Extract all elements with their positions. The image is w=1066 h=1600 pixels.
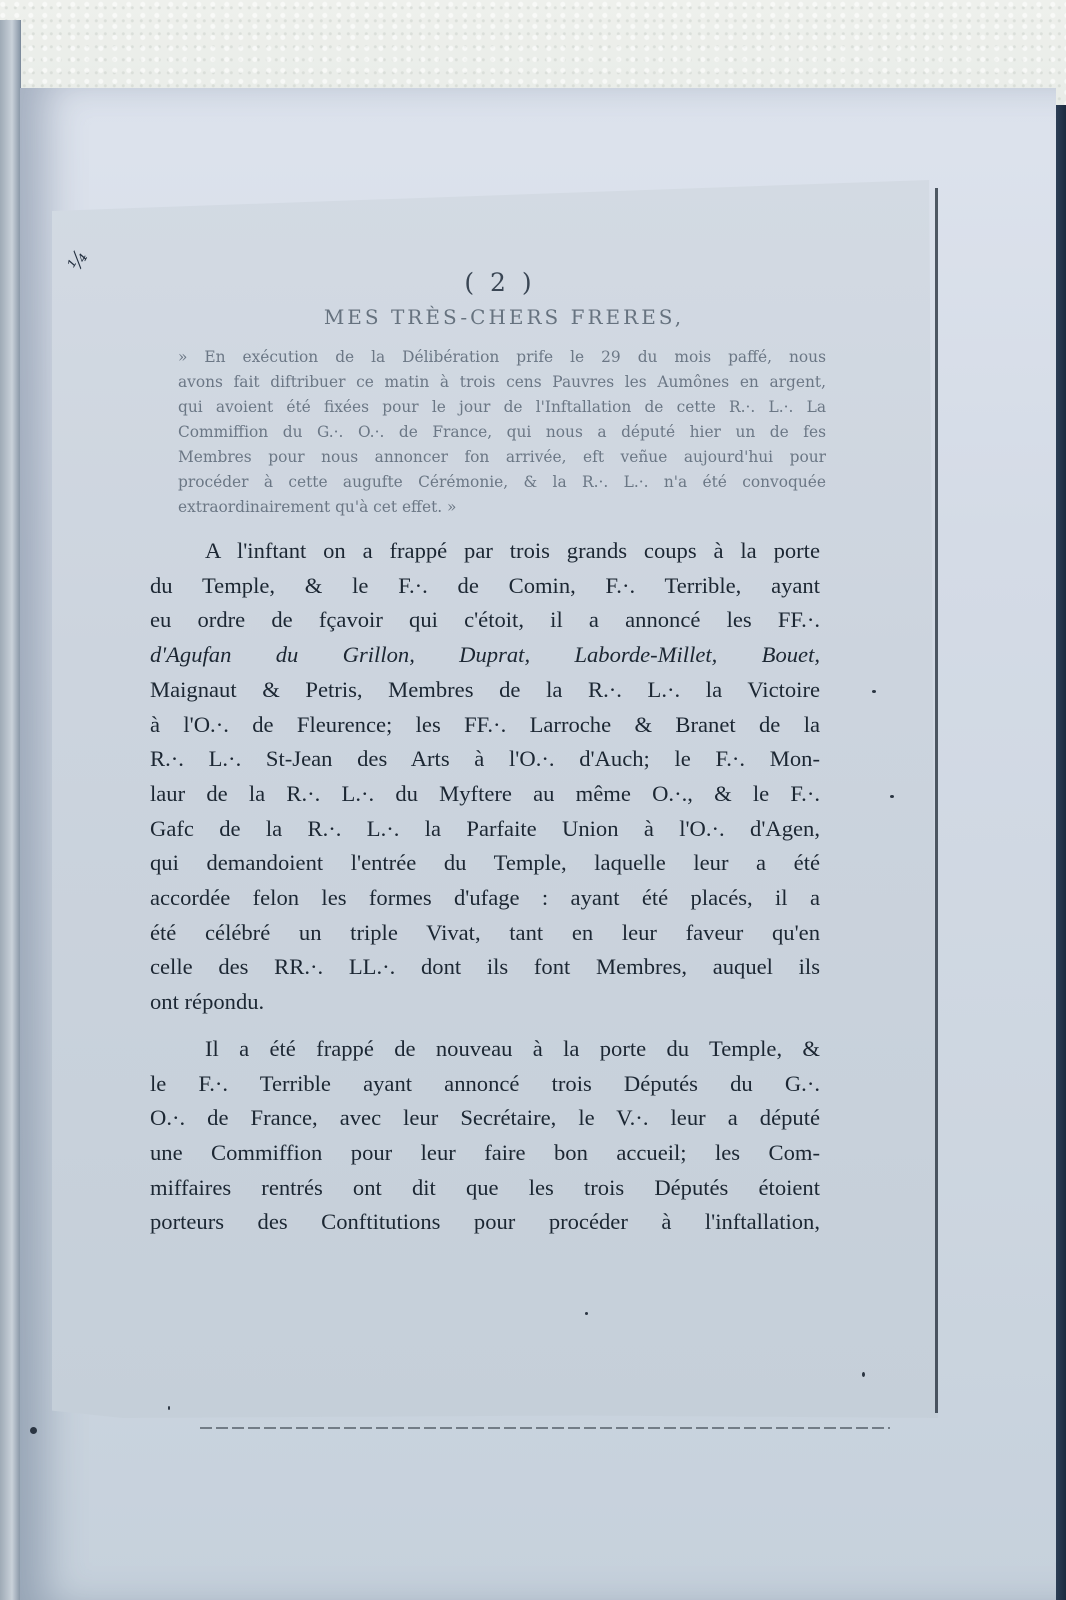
quote-line: avons fait diftribuer ce matin à trois c… bbox=[178, 370, 826, 395]
quote-line: qui avoient été fixées pour le jour de l… bbox=[178, 395, 826, 420]
quote-line: extraordinairement qu'à cet effet. » bbox=[178, 495, 826, 520]
page-content: ( 2 ) MES TRÈS-CHERS FRERES, » En exécut… bbox=[150, 268, 830, 1240]
paragraph-line: accordée felon les formes d'ufage : ayan… bbox=[150, 881, 820, 916]
paragraph-line: miffaires rentrés ont dit que les trois … bbox=[150, 1171, 820, 1206]
ink-speck bbox=[585, 1312, 588, 1315]
paragraph-line: le F.·. Terrible ayant annoncé trois Dép… bbox=[150, 1067, 820, 1102]
quote-line: » En exécution de la Délibération prife … bbox=[178, 345, 826, 370]
paragraph-line: à l'O.·. de Fleurence; les FF.·. Larroch… bbox=[150, 708, 820, 743]
salutation-heading: MES TRÈS-CHERS FRERES, bbox=[150, 305, 830, 329]
quote-line: Commiffion du G.·. O.·. de France, qui n… bbox=[178, 420, 826, 445]
book-cover-edge bbox=[1056, 105, 1066, 1600]
paragraph-line: laur de la R.·. L.·. du Myftere au même … bbox=[150, 777, 820, 812]
paragraph-line: A l'inftant on a frappé par trois grands… bbox=[150, 534, 820, 569]
paragraph-line: ont répondu. bbox=[150, 985, 820, 1020]
facing-page-edge bbox=[0, 20, 21, 1600]
paragraph-line: porteurs des Conftitutions pour procéder… bbox=[150, 1205, 820, 1240]
paragraph-line: celle des RR.·. LL.·. dont ils font Memb… bbox=[150, 950, 820, 985]
paragraph-arrival-of-deputies: Il a été frappé de nouveau à la porte du… bbox=[150, 1032, 820, 1240]
quote-line: Membres pour nous annoncer fon arrivée, … bbox=[178, 445, 826, 470]
paragraph-line: Il a été frappé de nouveau à la porte du… bbox=[150, 1032, 820, 1067]
ink-speck bbox=[890, 795, 894, 798]
paragraph-line: du Temple, & le F.·. de Comin, F.·. Terr… bbox=[150, 569, 820, 604]
ink-speck bbox=[872, 690, 876, 693]
ink-speck bbox=[862, 1372, 865, 1377]
quoted-deliberation: » En exécution de la Délibération prife … bbox=[178, 345, 826, 520]
paragraph-line: eu ordre de fçavoir qui c'étoit, il a an… bbox=[150, 603, 820, 638]
facsimile-right-border bbox=[935, 188, 938, 1413]
paragraph-line: qui demandoient l'entrée du Temple, laqu… bbox=[150, 846, 820, 881]
facsimile-bottom-border bbox=[200, 1427, 890, 1429]
paragraph-line: d'Agufan du Grillon, Duprat, Laborde-Mil… bbox=[150, 638, 820, 673]
paragraph-line: une Commiffion pour leur faire bon accue… bbox=[150, 1136, 820, 1171]
paragraph-line: R.·. L.·. St-Jean des Arts à l'O.·. d'Au… bbox=[150, 742, 820, 777]
paragraph-line: Maignaut & Petris, Membres de la R.·. L.… bbox=[150, 673, 820, 708]
page-number: ( 2 ) bbox=[150, 268, 830, 297]
paragraph-line: Gafc de la R.·. L.·. la Parfaite Union à… bbox=[150, 812, 820, 847]
paragraph-line: O.·. de France, avec leur Secrétaire, le… bbox=[150, 1101, 820, 1136]
ink-speck bbox=[30, 1427, 37, 1434]
quote-line: procéder à cette augufte Cérémonie, & la… bbox=[178, 470, 826, 495]
paragraph-arrival-of-brothers: A l'inftant on a frappé par trois grands… bbox=[150, 534, 820, 1020]
paragraph-line: été célébré un triple Vivat, tant en leu… bbox=[150, 916, 820, 951]
ink-speck bbox=[168, 1406, 170, 1410]
